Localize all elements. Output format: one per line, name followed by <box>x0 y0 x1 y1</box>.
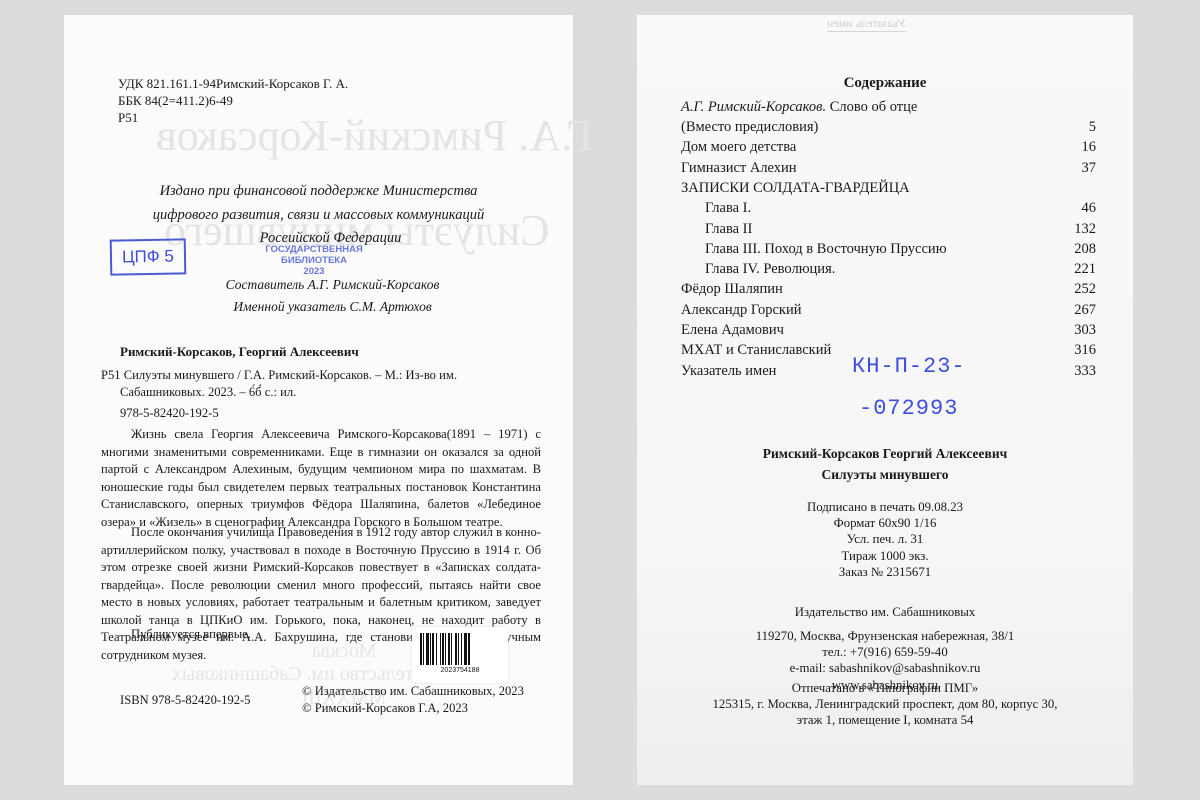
toc-entry-foreword[interactable]: А.Г. Римский-Корсаков. Слово об отце <box>681 99 917 116</box>
toc-entry[interactable]: Гимназист Алехин37 <box>681 160 1096 177</box>
toc-entry-page: 37 <box>1082 160 1097 177</box>
annotation-paragraph-1: Жизнь свела Георгия Алексеевича Римского… <box>101 426 541 531</box>
toc-entry[interactable]: Дом моего детства16 <box>681 139 1096 156</box>
bleed-through-title: Г.А. Римский-Корсаков <box>156 110 592 161</box>
copyright-author: © Римский-Корсаков Г.А, 2023 <box>302 700 468 718</box>
toc-title: Содержание <box>637 75 1133 92</box>
toc-entry-page: 46 <box>1082 200 1097 217</box>
bleed-through-header: Указатель имен <box>827 16 906 32</box>
toc-entry-title: (Вместо предисловия) <box>681 119 818 136</box>
toc-entry-page: 303 <box>1074 322 1096 339</box>
toc-entry-author: А.Г. Римский-Корсаков. <box>681 99 826 115</box>
udk-line: УДК 821.161.1-94Римский-Корсаков Г. А. <box>118 75 348 93</box>
toc-entry-title: Александр Горский <box>681 302 802 319</box>
inventory-stamp-line-2: -072993 <box>859 396 958 421</box>
toc-entry[interactable]: Глава IV. Революция.221 <box>681 261 1096 278</box>
publisher-line: 119270, Москва, Фрунзенская набережная, … <box>637 629 1133 644</box>
library-stamp-line: ГОСУДАРСТВЕННАЯ <box>259 244 369 255</box>
toc-entry[interactable]: Фёдор Шаляпин252 <box>681 281 1096 298</box>
library-stamp-line: БИБЛИОТЕКА <box>259 255 369 266</box>
printer-line: 125315, г. Москва, Ленинградский проспек… <box>637 697 1133 712</box>
toc-entry-page: 221 <box>1074 261 1096 278</box>
isbn-full: ISBN 978-5-82420-192-5 <box>120 692 250 710</box>
printer-line: этаж 1, помещение I, комната 54 <box>637 713 1133 728</box>
toc-entry-page: 132 <box>1074 221 1096 238</box>
biblio-line-1: Р51 Силуэты минувшего / Г.А. Римский-Кор… <box>101 367 457 385</box>
toc-entry-title: Глава IV. Революция. <box>681 261 835 278</box>
publisher-name: Издательство им. Сабашниковых <box>637 605 1133 620</box>
barcode-number: 2023754188 <box>412 667 508 674</box>
imprint-line: Заказ № 2315671 <box>637 565 1133 580</box>
toc-entry-title: Глава III. Поход в Восточную Пруссию <box>681 241 947 258</box>
imprint-line: Усл. печ. л. 31 <box>637 532 1133 547</box>
support-line-2: цифрового развития, связи и массовых ком… <box>64 207 573 224</box>
toc-entry-title: Гимназист Алехин <box>681 160 797 177</box>
toc-entry-title: Указатель имен <box>681 363 776 380</box>
toc-entry[interactable]: Глава II132 <box>681 221 1096 238</box>
toc-entry-page: 208 <box>1074 241 1096 258</box>
bbk-line: ББК 84(2=411.2)6-49 <box>118 92 233 110</box>
isbn-short: 978-5-82420-192-5 <box>120 405 219 423</box>
toc-entry-title: Глава I. <box>681 200 751 217</box>
publisher-line: тел.: +7(916) 659-59-40 <box>637 645 1133 660</box>
toc-entry-title: ЗАПИСКИ СОЛДАТА-ГВАРДЕЙЦА <box>681 180 910 197</box>
right-page-contents: Указатель имен Содержание А.Г. Римский-К… <box>637 15 1133 785</box>
support-line-1: Издано при финансовой поддержке Министер… <box>64 183 573 200</box>
toc-entry-title: Дом моего детства <box>681 139 796 156</box>
library-stamp: ГОСУДАРСТВЕННАЯ БИБЛИОТЕКА 2023 <box>259 244 369 277</box>
toc-entry[interactable]: ЗАПИСКИ СОЛДАТА-ГВАРДЕЙЦА <box>681 180 1096 197</box>
toc-entry-title: МХАТ и Станиславский <box>681 342 831 359</box>
toc-entry-title: Слово об отце <box>826 99 917 115</box>
barcode-icon <box>420 633 500 665</box>
imprint-author: Римский-Корсаков Георгий Алексеевич <box>637 446 1133 462</box>
index-author-line: Именной указатель С.М. Артюхов <box>78 299 587 315</box>
cpf-stamp: ЦПФ 5 <box>110 238 187 275</box>
library-stamp-line: 2023 <box>259 266 369 277</box>
toc-entry-page: 316 <box>1074 342 1096 359</box>
toc-entry[interactable]: Елена Адамович303 <box>681 322 1096 339</box>
left-page-imprint: Г.А. Римский-Корсаков Силуэты минувшего … <box>64 15 573 785</box>
toc-entry-title: Глава II <box>681 221 752 238</box>
toc-entry-page: 252 <box>1074 281 1096 298</box>
toc-entry[interactable]: Глава III. Поход в Восточную Пруссию208 <box>681 241 1096 258</box>
printer-line: Отпечатано в «Типографии ПМГ» <box>637 681 1133 696</box>
imprint-line: Подписано в печать 09.08.23 <box>637 500 1133 515</box>
barcode-label: 2023754188 <box>412 627 508 683</box>
toc-entry[interactable]: (Вместо предисловия)5 <box>681 119 1096 136</box>
author-heading: Римский-Корсаков, Георгий Алексеевич <box>120 344 359 360</box>
compiler-line: Составитель А.Г. Римский-Корсаков <box>78 277 587 293</box>
author-mark: Р51 <box>118 109 138 127</box>
imprint-title: Силуэты минувшего <box>637 467 1133 483</box>
biblio-line-2: Сабашниковых. 2023. – 6́б́́ с.: ил. <box>120 384 296 402</box>
inventory-stamp-line-1: КН-П-23- <box>852 354 966 379</box>
toc-entry-page: 333 <box>1074 363 1096 380</box>
toc-entry[interactable]: Александр Горский267 <box>681 302 1096 319</box>
publisher-line: e-mail: sabashnikov@sabashnikov.ru <box>637 661 1133 676</box>
toc-entry-page: 5 <box>1089 119 1096 136</box>
copyright-publisher: © Издательство им. Сабашниковых, 2023 <box>302 683 524 701</box>
toc-entry-page: 267 <box>1074 302 1096 319</box>
imprint-line: Формат 60х90 1/16 <box>637 516 1133 531</box>
toc-entry-title: Фёдор Шаляпин <box>681 281 783 298</box>
imprint-line: Тираж 1000 экз. <box>637 549 1133 564</box>
toc-entry-page: 16 <box>1082 139 1097 156</box>
toc-entry-title: Елена Адамович <box>681 322 784 339</box>
toc-entry[interactable]: Глава I.46 <box>681 200 1096 217</box>
